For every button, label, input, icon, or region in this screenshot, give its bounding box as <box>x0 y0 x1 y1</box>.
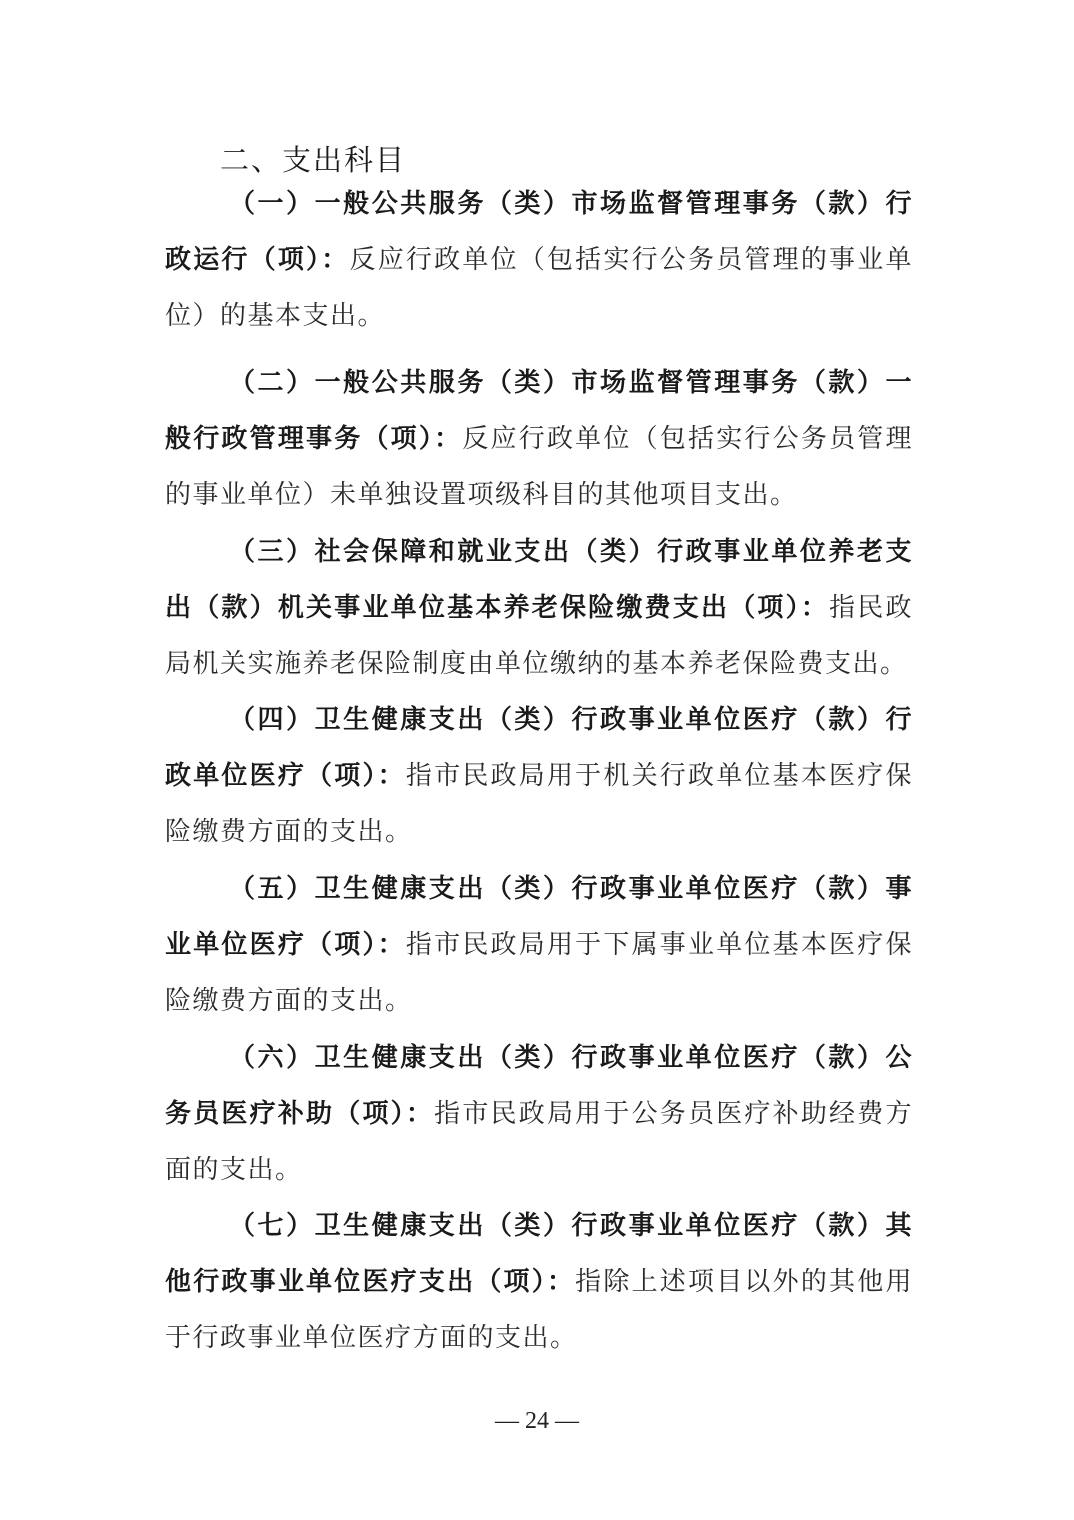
item-5: （五）卫生健康支出（类）行政事业单位医疗（款）事业单位医疗（项）：指市民政局用于… <box>165 861 913 1029</box>
section-heading: 二、支出科目 <box>220 138 406 179</box>
page-number: — 24 — <box>0 1408 1074 1435</box>
item-3: （三）社会保障和就业支出（类）行政事业单位养老支出（款）机关事业单位基本养老保险… <box>165 524 913 692</box>
item-3-title: （三）社会保障和就业支出（类）行政事业单位养老支出（款）机关事业单位基本养老保险… <box>165 537 913 623</box>
item-4: （四）卫生健康支出（类）行政事业单位医疗（款）行政单位医疗（项）：指市民政局用于… <box>165 692 913 860</box>
document-page: 二、支出科目 （一）一般公共服务（类）市场监督管理事务（款）行政运行（项）：反应… <box>0 0 1074 1520</box>
item-1: （一）一般公共服务（类）市场监督管理事务（款）行政运行（项）：反应行政单位（包括… <box>165 176 913 344</box>
item-7: （七）卫生健康支出（类）行政事业单位医疗（款）其他行政事业单位医疗支出（项）：指… <box>165 1198 913 1366</box>
item-2: （二）一般公共服务（类）市场监督管理事务（款）一般行政管理事务（项）：反应行政单… <box>165 355 913 523</box>
item-6: （六）卫生健康支出（类）行政事业单位医疗（款）公务员医疗补助（项）：指市民政局用… <box>165 1030 913 1198</box>
